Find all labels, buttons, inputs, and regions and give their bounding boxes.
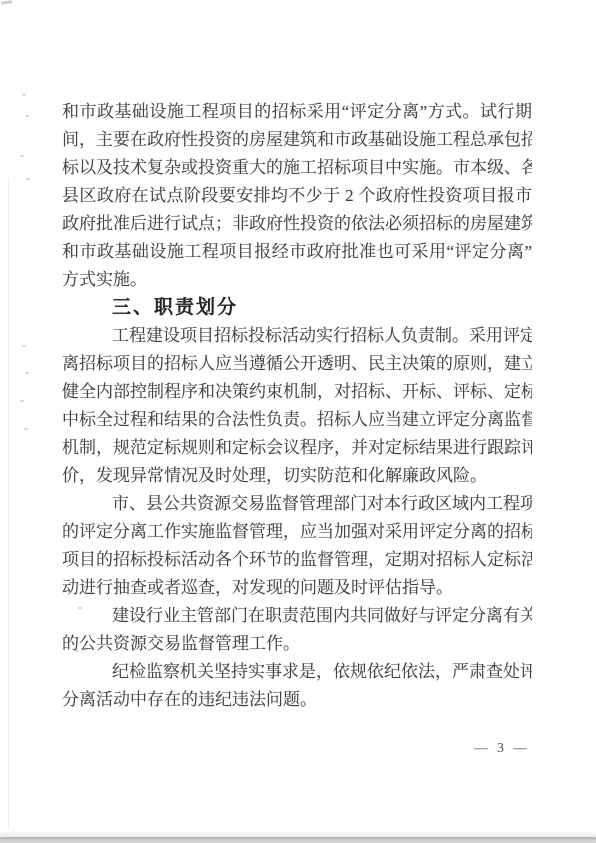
scan-edge-line	[8, 178, 9, 829]
text-line: 方式实施。	[62, 266, 532, 294]
scan-speck	[25, 372, 29, 374]
paragraph: 和市政基础设施工程项目的招标采用“评定分离”方式。试行期间，主要在政府性投资的房…	[62, 98, 532, 294]
paragraph: 建设行业主管部门在职责范围内共同做好与评定分离有关的公共资源交易监督管理工作。	[62, 602, 532, 658]
text-line: 和市政基础设施工程项目报经市政府批准也可采用“评定分离”	[62, 238, 532, 266]
text-line: 县区政府在试点阶段要安排均不少于 2 个政府性投资项目报市	[62, 182, 532, 210]
scan-speck	[22, 345, 26, 347]
scan-corner-artifact	[1, 0, 12, 5]
text-line: 分离活动中存在的违纪违法问题。	[62, 686, 532, 714]
text-line: 间，主要在政府性投资的房屋建筑和市政基础设施工程总承包招	[62, 126, 532, 154]
text-line: 中标全过程和结果的合法性负责。招标人应当建立评定分离监督	[62, 406, 532, 434]
text-line: 政府批准后进行试点；非政府性投资的依法必须招标的房屋建筑	[62, 210, 532, 238]
scan-speck	[22, 94, 26, 96]
scan-speck	[26, 178, 30, 180]
scan-speck	[20, 400, 24, 402]
text-line: 离招标项目的招标人应当遵循公开透明、民主决策的原则，建立	[62, 350, 532, 378]
scan-speck	[24, 428, 28, 430]
section-heading: 三、职责划分	[62, 294, 532, 322]
text-line: 建设行业主管部门在职责范围内共同做好与评定分离有关	[62, 602, 532, 630]
paragraph: 纪检监察机关坚持实事求是，依规依纪依法，严肃查处评定分离活动中存在的违纪违法问题…	[62, 658, 532, 714]
page-bottom-shadow	[0, 830, 596, 837]
text-line: 的公共资源交易监督管理工作。	[62, 630, 532, 658]
text-line: 动进行抽查或者巡查，对发现的问题及时评估指导。	[62, 574, 532, 602]
scan-speck	[20, 155, 24, 157]
page-number: — 3 —	[470, 738, 534, 758]
text-line: 纪检监察机关坚持实事求是，依规依纪依法，严肃查处评定	[62, 658, 532, 686]
text-line: 机制，规范定标规则和定标会议程序，并对定标结果进行跟踪评	[62, 434, 532, 462]
text-line: 标以及技术复杂或投资重大的施工招标项目中实施。市本级、各	[62, 154, 532, 182]
scan-speck	[25, 115, 29, 117]
document-body: 和市政基础设施工程项目的招标采用“评定分离”方式。试行期间，主要在政府性投资的房…	[62, 98, 532, 714]
text-line: 项目的招标投标活动各个环节的监督管理，定期对招标人定标活	[62, 546, 532, 574]
text-line: 价，发现异常情况及时处理，切实防范和化解廉政风险。	[62, 462, 532, 490]
text-line: 工程建设项目招标投标活动实行招标人负责制。采用评定分	[62, 322, 532, 350]
text-line: 和市政基础设施工程项目的招标采用“评定分离”方式。试行期	[62, 98, 532, 126]
document-page: 和市政基础设施工程项目的招标采用“评定分离”方式。试行期间，主要在政府性投资的房…	[0, 0, 596, 837]
text-line: 健全内部控制程序和决策约束机制，对招标、开标、评标、定标、	[62, 378, 532, 406]
text-line: 市、县公共资源交易监督管理部门对本行政区域内工程项目	[62, 490, 532, 518]
text-line: 的评定分离工作实施监督管理，应当加强对采用评定分离的招标	[62, 518, 532, 546]
paragraph: 市、县公共资源交易监督管理部门对本行政区域内工程项目的评定分离工作实施监督管理，…	[62, 490, 532, 602]
scanned-document-view: 和市政基础设施工程项目的招标采用“评定分离”方式。试行期间，主要在政府性投资的房…	[0, 0, 596, 843]
paragraph: 工程建设项目招标投标活动实行招标人负责制。采用评定分离招标项目的招标人应当遵循公…	[62, 322, 532, 490]
